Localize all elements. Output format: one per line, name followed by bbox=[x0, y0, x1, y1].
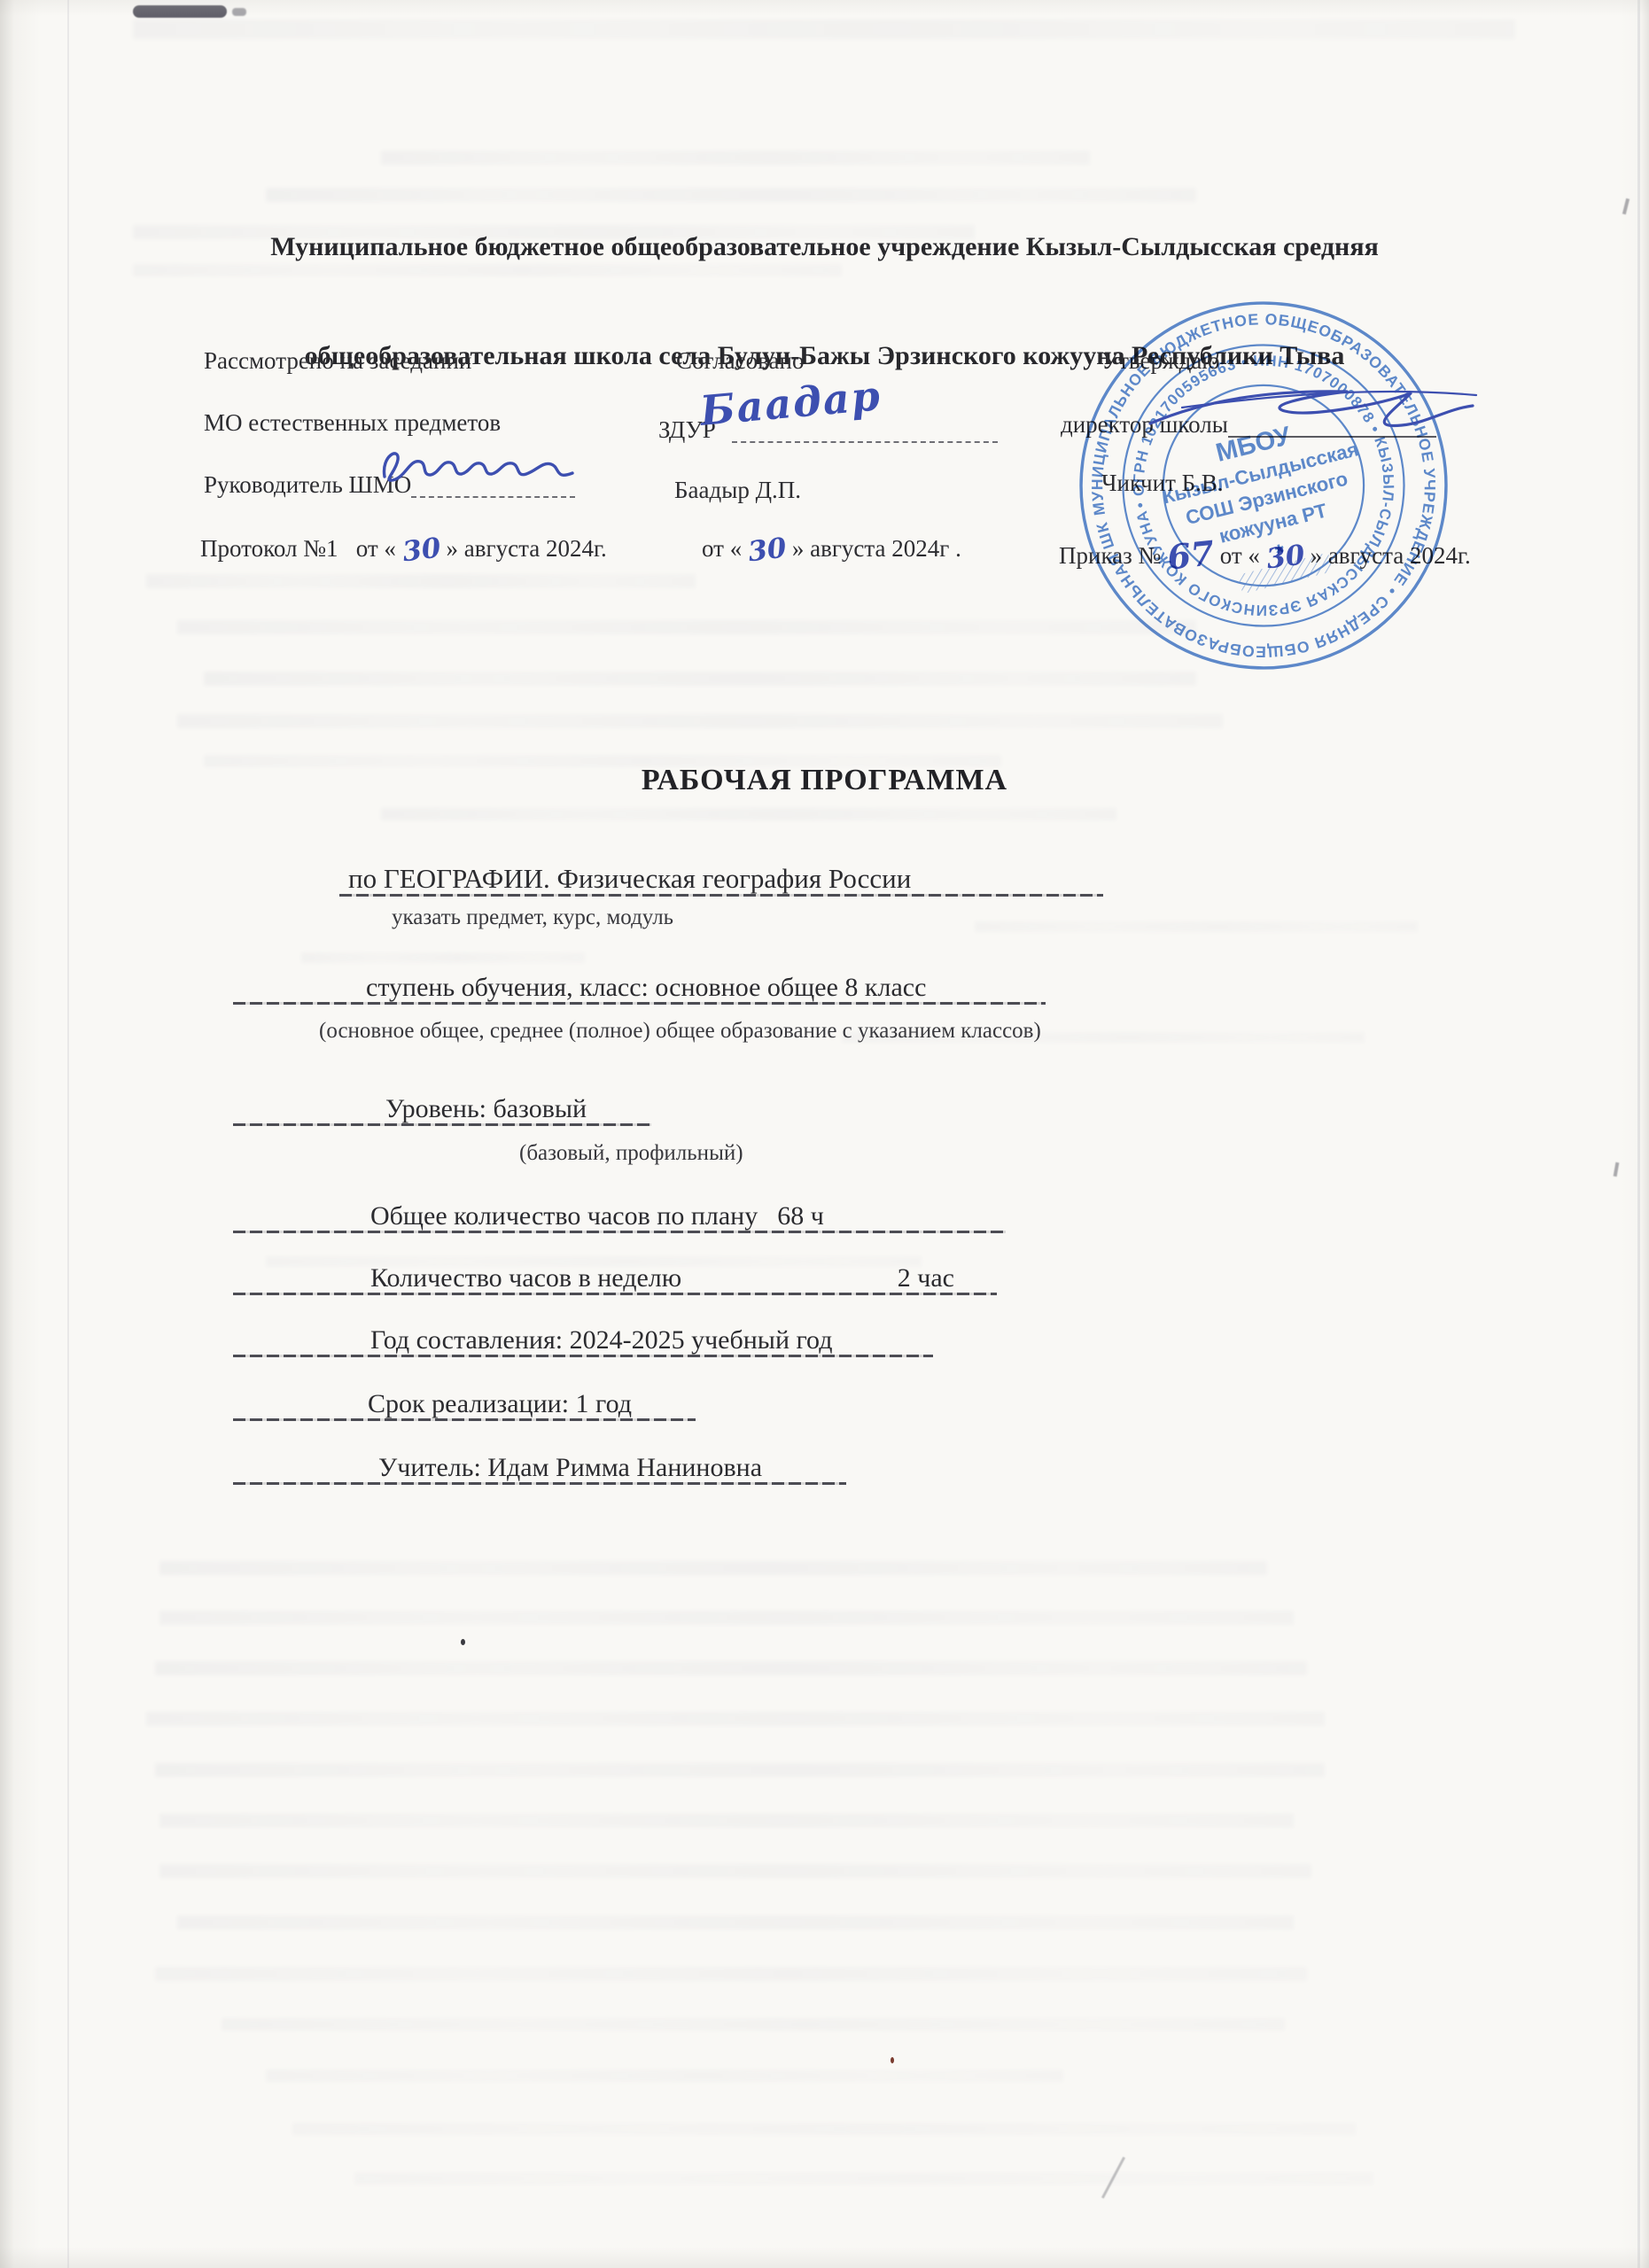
date-prefix: от « bbox=[702, 535, 748, 562]
teacher-line: Учитель: Идам Римма Наниновна bbox=[233, 1437, 846, 1483]
bleedthrough-line bbox=[146, 1712, 1325, 1726]
agreed-signer-name: Баадыр Д.П. bbox=[674, 477, 801, 504]
hours-week-value: 2 час bbox=[898, 1263, 954, 1293]
bleedthrough-line bbox=[177, 714, 1223, 728]
paper-crease-left bbox=[67, 0, 69, 2268]
year-line: Год составления: 2024-2025 учебный год bbox=[233, 1309, 933, 1355]
year-text: Год составления: 2024-2025 учебный год bbox=[233, 1325, 832, 1355]
subject-hint: указать предмет, курс, модуль bbox=[392, 905, 673, 930]
bleedthrough-line bbox=[159, 1561, 1267, 1575]
bleedthrough-line bbox=[133, 19, 1515, 39]
stray-mark bbox=[1622, 198, 1630, 214]
bleedthrough-line bbox=[975, 921, 1418, 932]
bleedthrough-line bbox=[155, 1967, 1307, 1981]
bleedthrough-line bbox=[381, 808, 1116, 820]
bleedthrough-line bbox=[222, 2018, 1285, 2031]
bleedthrough-line bbox=[354, 2172, 1373, 2185]
bleedthrough-line bbox=[177, 620, 1196, 634]
grade-hint: (основное общее, среднее (полное) общее … bbox=[319, 1019, 1041, 1044]
teacher-text: Учитель: Идам Римма Наниновна bbox=[233, 1453, 762, 1483]
grade-line: ступень обучения, класс: основное общее … bbox=[233, 955, 1046, 1003]
hours-week-label: Количество часов в неделю bbox=[370, 1263, 681, 1293]
bleedthrough-line bbox=[204, 672, 1196, 686]
handwritten-day: 30 bbox=[401, 532, 442, 568]
director-signature-icon bbox=[1143, 372, 1489, 452]
agreed-date-line: от « 30 » августа 2024г . bbox=[702, 532, 961, 563]
date-suffix: » августа 2024г . bbox=[786, 535, 961, 562]
shmo-signature-icon bbox=[372, 439, 585, 494]
stamp-star: * bbox=[1272, 539, 1288, 567]
paper-edge-right bbox=[1637, 0, 1640, 2268]
bleedthrough-line bbox=[266, 2070, 1063, 2082]
term-line: Срок реализации: 1 год bbox=[233, 1373, 696, 1419]
protocol-prefix: Протокол №1 от « bbox=[200, 535, 402, 562]
reviewed-subtitle: МО естественных предметов bbox=[204, 409, 501, 437]
reviewed-protocol-line: Протокол №1 от « 30 » августа 2024г. bbox=[200, 532, 607, 563]
hours-total-line: Общее количество часов по плану 68 ч bbox=[233, 1185, 1006, 1231]
scanner-artifact-mark bbox=[232, 8, 246, 16]
subject-text: по ГЕОГРАФИИ. Физическая география Росси… bbox=[339, 863, 911, 895]
document-title: РАБОЧАЯ ПРОГРАММА bbox=[0, 764, 1649, 797]
subject-line: по ГЕОГРАФИИ. Физическая география Росси… bbox=[339, 843, 1103, 895]
school-round-stamp-icon: МУНИЦИПАЛЬНОЕ БЮДЖЕТНОЕ ОБЩЕОБРАЗОВАТЕЛЬ… bbox=[1076, 298, 1451, 673]
institution-header-line1: Муниципальное бюджетное общеобразователь… bbox=[115, 229, 1534, 265]
hours-week-line: Количество часов в неделю 2 час bbox=[233, 1247, 997, 1293]
stray-mark bbox=[1614, 1162, 1620, 1177]
bleedthrough-line bbox=[146, 574, 696, 588]
term-text: Срок реализации: 1 год bbox=[233, 1389, 632, 1419]
bleedthrough-line bbox=[159, 1611, 1294, 1625]
protocol-suffix: » августа 2024г. bbox=[440, 535, 607, 562]
ink-speck bbox=[461, 1639, 465, 1645]
level-text: Уровень: базовый bbox=[233, 1094, 587, 1124]
bleedthrough-line bbox=[155, 1661, 1307, 1675]
level-line: Уровень: базовый bbox=[233, 1076, 651, 1124]
hours-total-value: 68 ч bbox=[758, 1201, 824, 1231]
reviewed-title: Рассмотрено на заседании bbox=[204, 347, 471, 375]
bleedthrough-line bbox=[159, 1864, 1311, 1878]
scanner-artifact-mark bbox=[133, 5, 227, 18]
bleedthrough-line bbox=[159, 1814, 1294, 1828]
grade-text: ступень обучения, класс: основное общее … bbox=[233, 973, 926, 1003]
level-hint: (базовый, профильный) bbox=[519, 1141, 743, 1166]
bleedthrough-line bbox=[177, 1915, 1294, 1930]
agreed-title: Согласовано bbox=[676, 347, 804, 375]
bleedthrough-line bbox=[292, 2123, 1356, 2135]
handwritten-day: 30 bbox=[746, 532, 788, 568]
hours-total-label: Общее количество часов по плану bbox=[233, 1201, 758, 1231]
scanned-document-page: Муниципальное бюджетное общеобразователь… bbox=[0, 0, 1649, 2268]
bleedthrough-line bbox=[155, 1763, 1325, 1777]
ink-speck bbox=[891, 2057, 894, 2063]
